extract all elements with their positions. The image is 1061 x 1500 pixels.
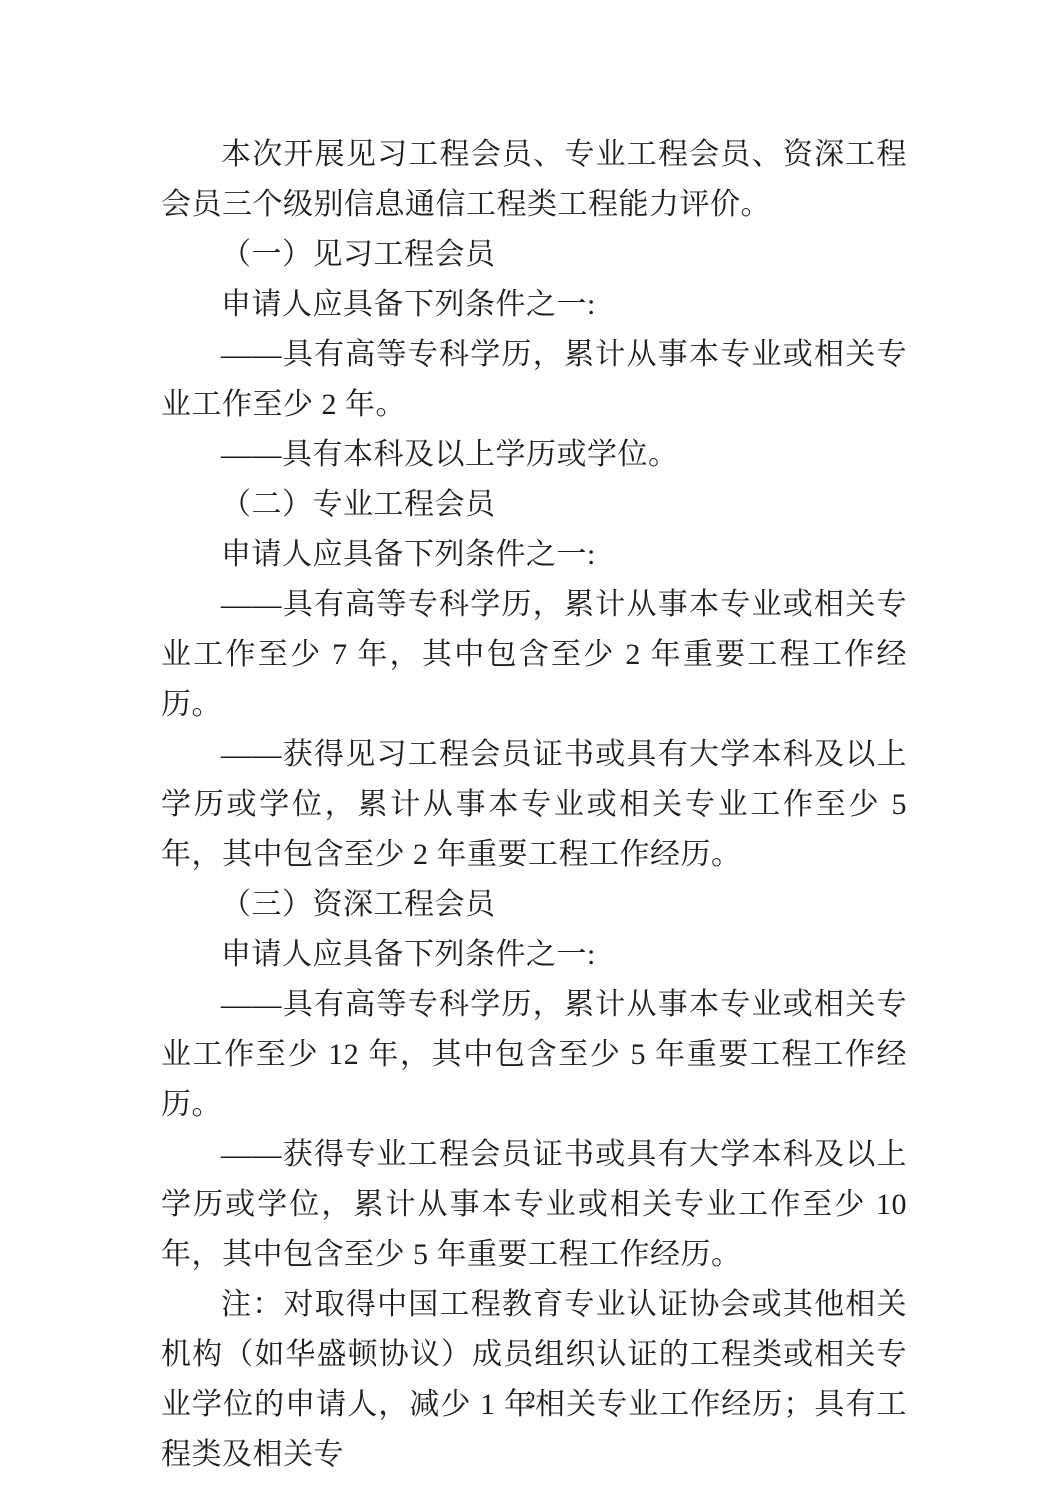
paragraph: ——具有高等专科学历，累计从事本专业或相关专业工作至少 12 年，其中包含至少 … bbox=[161, 980, 907, 1130]
paragraph: ——具有高等专科学历，累计从事本专业或相关专业工作至少 2 年。 bbox=[161, 330, 907, 430]
document-page: 本次开展见习工程会员、专业工程会员、资深工程会员三个级别信息通信工程类工程能力评… bbox=[0, 0, 1061, 1500]
paragraph: ——具有本科及以上学历或学位。 bbox=[161, 430, 907, 480]
paragraph: ——获得专业工程会员证书或具有大学本科及以上学历或学位，累计从事本专业或相关专业… bbox=[161, 1130, 907, 1280]
page-number-label: 2 bbox=[525, 1388, 536, 1412]
paragraph: ——获得见习工程会员证书或具有大学本科及以上学历或学位，累计从事本专业或相关专业… bbox=[161, 730, 907, 880]
paragraph: ——具有高等专科学历，累计从事本专业或相关专业工作至少 7 年，其中包含至少 2… bbox=[161, 580, 907, 730]
paragraph: （二）专业工程会员 bbox=[161, 480, 907, 530]
paragraph: （三）资深工程会员 bbox=[161, 880, 907, 930]
paragraph: 本次开展见习工程会员、专业工程会员、资深工程会员三个级别信息通信工程类工程能力评… bbox=[161, 130, 907, 230]
paragraph: 申请人应具备下列条件之一: bbox=[161, 930, 907, 980]
paragraph: 申请人应具备下列条件之一: bbox=[161, 280, 907, 330]
paragraph: 申请人应具备下列条件之一: bbox=[161, 530, 907, 580]
document-body: 本次开展见习工程会员、专业工程会员、资深工程会员三个级别信息通信工程类工程能力评… bbox=[161, 130, 907, 1480]
paragraph: （一）见习工程会员 bbox=[161, 230, 907, 280]
paragraph: 注：对取得中国工程教育专业认证协会或其他相关机构（如华盛顿协议）成员组织认证的工… bbox=[161, 1280, 907, 1480]
page-footer: 2 bbox=[0, 1386, 1061, 1414]
